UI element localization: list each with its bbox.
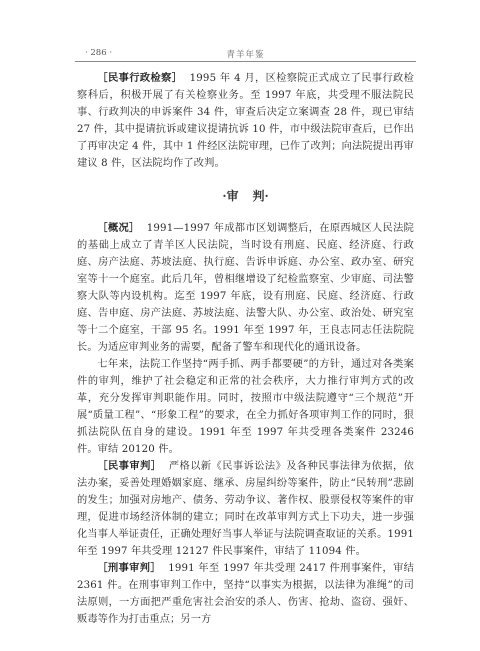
section-label: ［民事行政检察］ <box>97 72 182 84</box>
paragraph-text: 七年来，法院工作坚持“两手抓、两手都要硬”的方针，通过对各类案件的审判，维护了社… <box>77 359 414 455</box>
book-title: 青羊年鉴 <box>77 48 414 60</box>
section-label: ［民事审判］ <box>97 460 161 472</box>
heading-part: ·审 <box>222 189 238 203</box>
paragraph-civil-trial: ［民事审判］ 严格以新《民事诉讼法》及各种民事法律为依据，依法办案，妥善处理婚姻… <box>77 458 414 560</box>
heading-part: 判· <box>253 189 269 203</box>
paragraph-text: 1991—1997 年成都市区划调整后，在原西城区人民法院的基础上成立了青羊区人… <box>77 223 414 353</box>
paragraph-text: 1995 年 4 月，区检察院正式成立了民事行政检察科后，积极开展了有关检察业务… <box>77 73 414 169</box>
section-label: ［刑事审判］ <box>97 562 161 574</box>
paragraph-civil-admin-procuratorate: ［民事行政检察］ 1995 年 4 月，区检察院正式成立了民事行政检察科后，积极… <box>77 70 414 172</box>
paragraph-overview: ［概况］ 1991—1997 年成都市区划调整后，在原西城区人民法院的基础上成立… <box>77 220 414 356</box>
paragraph-text: 严格以新《民事诉讼法》及各种民事法律为依据，依法办案，妥善处理婚姻家庭、继承、房… <box>77 461 414 557</box>
section-label: ［概况］ <box>97 222 139 234</box>
section-heading-trial: ·审判· <box>77 187 414 204</box>
paragraph-criminal-trial: ［刑事审判］ 1991 年至 1997 年共受理 2417 件刑事案件，审结 2… <box>77 560 414 628</box>
running-header: · 286 · 青羊年鉴 <box>77 48 414 62</box>
header-divider <box>75 61 416 62</box>
document-body: ［民事行政检察］ 1995 年 4 月，区检察院正式成立了民事行政检察科后，积极… <box>77 70 414 628</box>
paragraph-seven-years: 七年来，法院工作坚持“两手抓、两手都要硬”的方针，通过对各类案件的审判，维护了社… <box>77 356 414 458</box>
